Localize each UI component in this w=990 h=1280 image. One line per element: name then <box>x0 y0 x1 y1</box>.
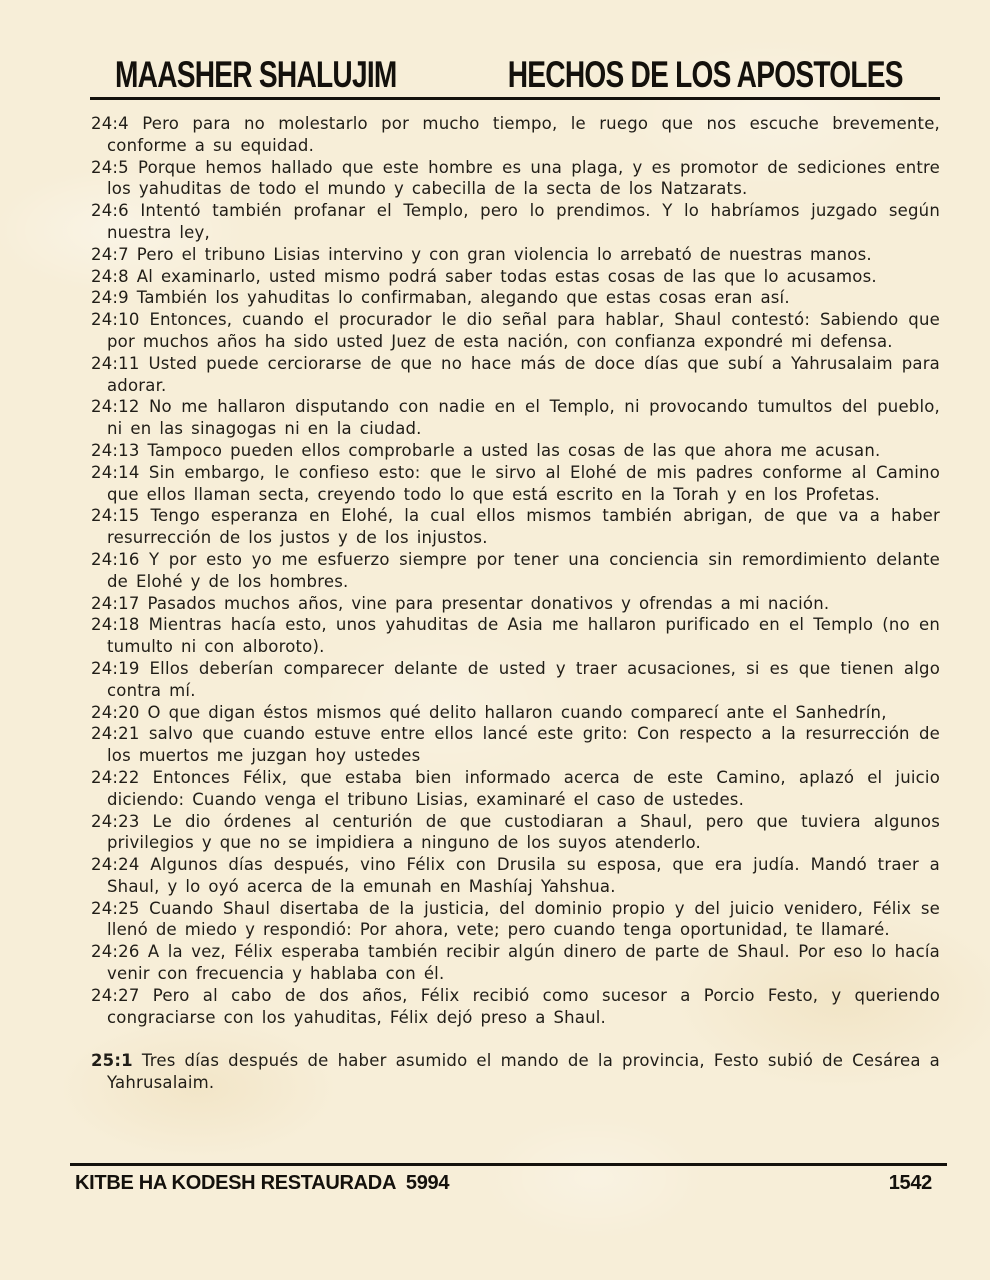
verse-24-4: 24:4 Pero para no molestarlo por mucho t… <box>91 113 940 157</box>
verse-25-1: 25:1 Tres días después de haber asumido … <box>91 1050 940 1094</box>
verse-text: Pero para no molestarlo por mucho tiempo… <box>107 114 940 155</box>
verse-number: 24:7 <box>91 245 129 264</box>
verse-24-11: 24:11 Usted puede cerciorarse de que no … <box>91 353 940 397</box>
verse-text: También los yahuditas lo confirmaban, al… <box>129 288 790 307</box>
verse-number: 24:12 <box>91 397 140 416</box>
verse-number: 24:11 <box>91 354 140 373</box>
verse-number: 24:14 <box>91 463 140 482</box>
document-page: MAASHER SHALUJIM HECHOS DE LOS APOSTOLES… <box>0 0 990 1280</box>
verse-24-24: 24:24 Algunos días después, vino Félix c… <box>91 854 940 898</box>
verse-number: 24:20 <box>91 703 140 722</box>
verse-24-6: 24:6 Intentó también profanar el Templo,… <box>91 200 940 244</box>
header-rule <box>90 97 940 100</box>
verse-24-8: 24:8 Al examinarlo, usted mismo podrá sa… <box>91 266 940 288</box>
verse-24-14: 24:14 Sin embargo, le confieso esto: que… <box>91 462 940 506</box>
verse-number: 24:23 <box>91 812 140 831</box>
verse-number: 24:6 <box>91 201 129 220</box>
verse-text: Mientras hacía esto, unos yahuditas de A… <box>107 615 940 656</box>
verse-24-20: 24:20 O que digan éstos mismos qué delit… <box>91 702 940 724</box>
verse-text: Cuando Shaul disertaba de la justicia, d… <box>107 899 940 940</box>
verse-24-22: 24:22 Entonces Félix, que estaba bien in… <box>91 767 940 811</box>
verse-number: 24:4 <box>91 114 129 133</box>
verse-24-5: 24:5 Porque hemos hallado que este hombr… <box>91 157 940 201</box>
verse-24-9: 24:9 También los yahuditas lo confirmaba… <box>91 287 940 309</box>
verse-24-23: 24:23 Le dio órdenes al centurión de que… <box>91 811 940 855</box>
verse-text: Sin embargo, le confieso esto: que le si… <box>107 463 940 504</box>
verse-text: A la vez, Félix esperaba también recibir… <box>107 942 940 983</box>
footer-page-number: 1542 <box>889 1172 932 1194</box>
verse-number: 24:27 <box>91 986 140 1005</box>
verse-number: 24:17 <box>91 594 140 613</box>
verse-number: 24:10 <box>91 310 140 329</box>
verse-text: Al examinarlo, usted mismo podrá saber t… <box>129 267 877 286</box>
verse-number: 24:9 <box>91 288 129 307</box>
verse-number: 24:15 <box>91 506 140 525</box>
verse-text: Porque hemos hallado que este hombre es … <box>107 158 940 199</box>
verse-text: Algunos días después, vino Félix con Dru… <box>107 855 940 896</box>
verse-text: Pero al cabo de dos años, Félix recibió … <box>107 986 940 1027</box>
verse-text: Ellos deberían comparecer delante de ust… <box>107 659 940 700</box>
verse-24-21: 24:21 salvo que cuando estuve entre ello… <box>91 723 940 767</box>
verse-number: 24:25 <box>91 899 140 918</box>
footer-rule <box>70 1163 947 1166</box>
header-left-title: MAASHER SHALUJIM <box>115 56 397 93</box>
verse-24-18: 24:18 Mientras hacía esto, unos yahudita… <box>91 614 940 658</box>
verse-text: Tengo esperanza en Elohé, la cual ellos … <box>107 506 940 547</box>
verse-24-7: 24:7 Pero el tribuno Lisias intervino y … <box>91 244 940 266</box>
verse-number: 24:26 <box>91 942 140 961</box>
verse-text: salvo que cuando estuve entre ellos lanc… <box>107 724 940 765</box>
verse-number: 24:5 <box>91 158 129 177</box>
verse-text: No me hallaron disputando con nadie en e… <box>107 397 940 438</box>
verse-24-12: 24:12 No me hallaron disputando con nadi… <box>91 396 940 440</box>
verse-number: 24:19 <box>91 659 140 678</box>
verse-text: Le dio órdenes al centurión de que custo… <box>107 812 940 853</box>
verse-24-15: 24:15 Tengo esperanza en Elohé, la cual … <box>91 505 940 549</box>
verse-number: 24:18 <box>91 615 140 634</box>
verse-number: 24:16 <box>91 550 140 569</box>
header-right-title: HECHOS DE LOS APOSTOLES <box>508 56 903 93</box>
verse-text: Pero el tribuno Lisias intervino y con g… <box>129 245 872 264</box>
verse-text: Pasados muchos años, vine para presentar… <box>140 594 830 613</box>
verse-number: 24:24 <box>91 855 140 874</box>
verse-text: O que digan éstos mismos qué delito hall… <box>140 703 887 722</box>
verse-24-10: 24:10 Entonces, cuando el procurador le … <box>91 309 940 353</box>
verse-24-25: 24:25 Cuando Shaul disertaba de la justi… <box>91 898 940 942</box>
verse-number: 25:1 <box>91 1051 133 1070</box>
verse-text: Intentó también profanar el Templo, pero… <box>107 201 940 242</box>
verse-number: 24:21 <box>91 724 140 743</box>
verse-24-26: 24:26 A la vez, Félix esperaba también r… <box>91 941 940 985</box>
verse-number: 24:22 <box>91 768 140 787</box>
verse-list: 24:4 Pero para no molestarlo por mucho t… <box>91 113 940 1160</box>
verse-24-13: 24:13 Tampoco pueden ellos comprobarle a… <box>91 440 940 462</box>
verse-text: Tres días después de haber asumido el ma… <box>107 1051 940 1092</box>
verse-text: Entonces, cuando el procurador le dio se… <box>107 310 940 351</box>
verse-24-16: 24:16 Y por esto yo me esfuerzo siempre … <box>91 549 940 593</box>
verse-24-19: 24:19 Ellos deberían comparecer delante … <box>91 658 940 702</box>
verse-number: 24:8 <box>91 267 129 286</box>
verse-24-27: 24:27 Pero al cabo de dos años, Félix re… <box>91 985 940 1029</box>
verse-text: Y por esto yo me esfuerzo siempre por te… <box>107 550 940 591</box>
verse-text: Entonces Félix, que estaba bien informad… <box>107 768 940 809</box>
verse-number: 24:13 <box>91 441 140 460</box>
verse-24-17: 24:17 Pasados muchos años, vine para pre… <box>91 593 940 615</box>
verse-text: Usted puede cerciorarse de que no hace m… <box>107 354 940 395</box>
footer-book-title: KITBE HA KODESH RESTAURADA 5994 <box>75 1172 449 1194</box>
verse-text: Tampoco pueden ellos comprobarle a usted… <box>140 441 881 460</box>
